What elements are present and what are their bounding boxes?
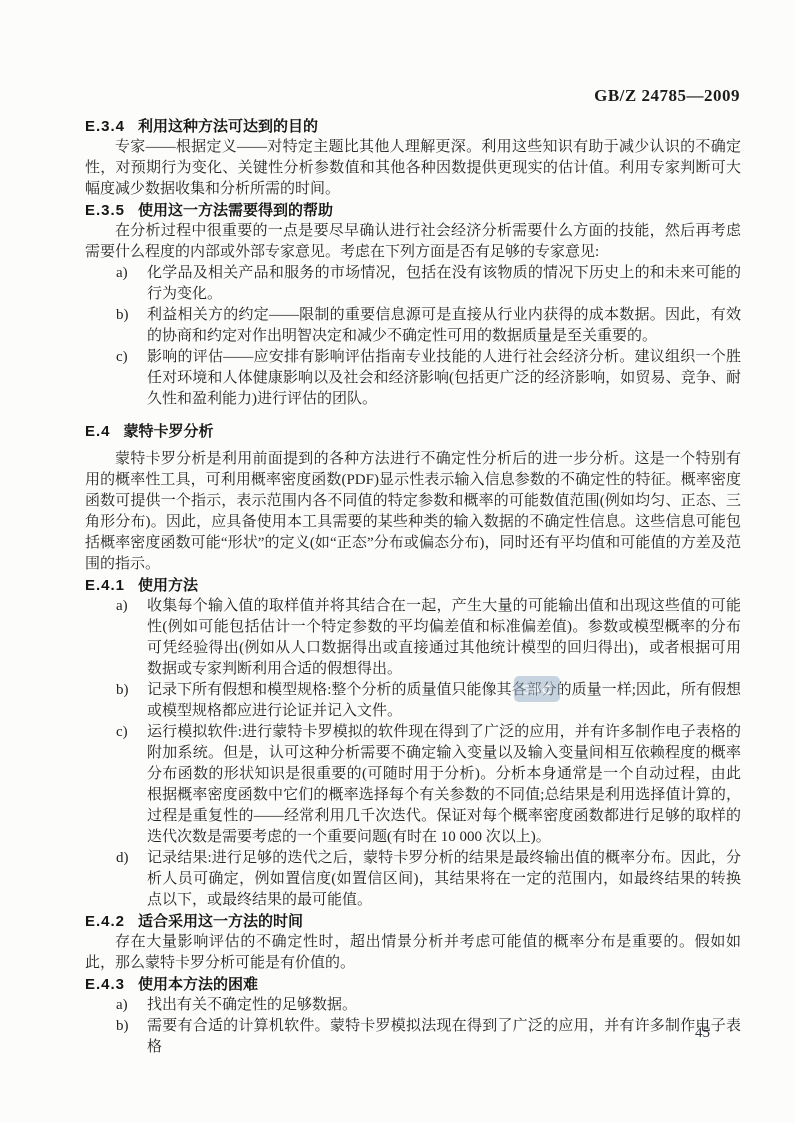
- list-marker: b): [116, 1016, 129, 1037]
- list-item: c)影响的评估——应安排有影响评估指南专业技能的人进行社会经济分析。建议组织一个…: [85, 347, 741, 410]
- list-item: a)收集每个输入值的取样值并将其结合在一起，产生大量的可能输出值和出现这些值的可…: [85, 596, 741, 680]
- list-text: 需要有合适的计算机软件。蒙特卡罗模拟法现在得到了广泛的应用，并有许多制作电子表格: [147, 1018, 741, 1055]
- section-heading-e4-2: E.4.2适合采用这一方法的时间: [85, 911, 741, 932]
- section-title: 利用这种方法可达到的目的: [138, 118, 318, 135]
- section-heading-e4: E.4蒙特卡罗分析: [85, 421, 741, 442]
- list-item: c)运行模拟软件:进行蒙特卡罗模拟的软件现在得到了广泛的应用，并有许多制作电子表…: [85, 722, 741, 848]
- section-number: E.4.3: [85, 976, 125, 993]
- list-item: a)化学品及相关产品和服务的市场情况，包括在没有该物质的情况下历史上的和未来可能…: [85, 263, 741, 305]
- paragraph: 在分析过程中很重要的一点是要尽早确认进行社会经济分析需要什么方面的技能，然后再考…: [85, 221, 741, 263]
- section-number: E.4: [85, 423, 111, 440]
- section-title: 使用这一方法需要得到的帮助: [138, 202, 333, 219]
- list-text: 运行模拟软件:进行蒙特卡罗模拟的软件现在得到了广泛的应用，并有许多制作电子表格的…: [147, 724, 741, 845]
- list-item: a)找出有关不确定性的足够数据。: [85, 995, 741, 1016]
- section-title: 使用本方法的困难: [138, 976, 258, 993]
- list-item: d)记录结果:进行足够的迭代之后，蒙特卡罗分析的结果是最终输出值的概率分布。因此…: [85, 848, 741, 911]
- document-body: E.3.4利用这种方法可达到的目的 专家——根据定义——对特定主题比其他人理解更…: [85, 116, 741, 1058]
- list-marker: a): [116, 263, 128, 284]
- list-item: b)利益相关方的约定——限制的重要信息源可是直接从行业内获得的成本数据。因此，有…: [85, 305, 741, 347]
- list-text: 化学品及相关产品和服务的市场情况，包括在没有该物质的情况下历史上的和未来可能的行…: [147, 265, 741, 302]
- section-number: E.3.5: [85, 202, 125, 219]
- list-marker: d): [116, 848, 129, 869]
- section-heading-e3-5: E.3.5使用这一方法需要得到的帮助: [85, 200, 741, 221]
- list-marker: b): [116, 680, 129, 701]
- list-text: 记录结果:进行足够的迭代之后，蒙特卡罗分析的结果是最终输出值的概率分布。因此，分…: [147, 850, 741, 908]
- page-number: 45: [695, 1025, 710, 1042]
- section-title: 使用方法: [138, 577, 198, 594]
- list-item: b)需要有合适的计算机软件。蒙特卡罗模拟法现在得到了广泛的应用，并有许多制作电子…: [85, 1016, 741, 1058]
- sac-watermark-badge: SAC: [514, 676, 560, 702]
- section-title: 蒙特卡罗分析: [124, 423, 214, 440]
- paragraph: 存在大量影响评估的不确定性时，超出情景分析并考虑可能值的概率分布是重要的。假如如…: [85, 932, 741, 974]
- document-page: GB/Z 24785—2009 E.3.4利用这种方法可达到的目的 专家——根据…: [0, 0, 794, 1123]
- paragraph: 蒙特卡罗分析是利用前面提到的各种方法进行不确定性分析后的进一步分析。这是一个特别…: [85, 449, 741, 575]
- list-marker: c): [116, 722, 128, 743]
- section-number: E.3.4: [85, 118, 125, 135]
- list-text: 利益相关方的约定——限制的重要信息源可是直接从行业内获得的成本数据。因此，有效的…: [147, 307, 741, 344]
- section-heading-e3-4: E.3.4利用这种方法可达到的目的: [85, 116, 741, 137]
- section-number: E.4.1: [85, 577, 125, 594]
- paragraph: 专家——根据定义——对特定主题比其他人理解更深。利用这些知识有助于减少认识的不确…: [85, 137, 741, 200]
- list-text: 影响的评估——应安排有影响评估指南专业技能的人进行社会经济分析。建议组织一个胜任…: [147, 349, 741, 407]
- list-marker: a): [116, 596, 128, 617]
- list-item: b)记录下所有假想和模型规格:整个分析的质量值只能像其各部分的质量一样;因此，所…: [85, 680, 741, 722]
- list-marker: a): [116, 995, 128, 1016]
- list-text: 找出有关不确定性的足够数据。: [147, 997, 357, 1013]
- list-text: 记录下所有假想和模型规格:整个分析的质量值只能像其各部分的质量一样;因此，所有假…: [147, 682, 741, 719]
- list-marker: c): [116, 347, 128, 368]
- standard-code-header: GB/Z 24785—2009: [594, 86, 740, 106]
- section-heading-e4-3: E.4.3使用本方法的困难: [85, 974, 741, 995]
- section-title: 适合采用这一方法的时间: [138, 913, 303, 930]
- list-text: 收集每个输入值的取样值并将其结合在一起，产生大量的可能输出值和出现这些值的可能性…: [147, 598, 741, 677]
- section-heading-e4-1: E.4.1使用方法: [85, 575, 741, 596]
- list-marker: b): [116, 305, 129, 326]
- section-number: E.4.2: [85, 913, 125, 930]
